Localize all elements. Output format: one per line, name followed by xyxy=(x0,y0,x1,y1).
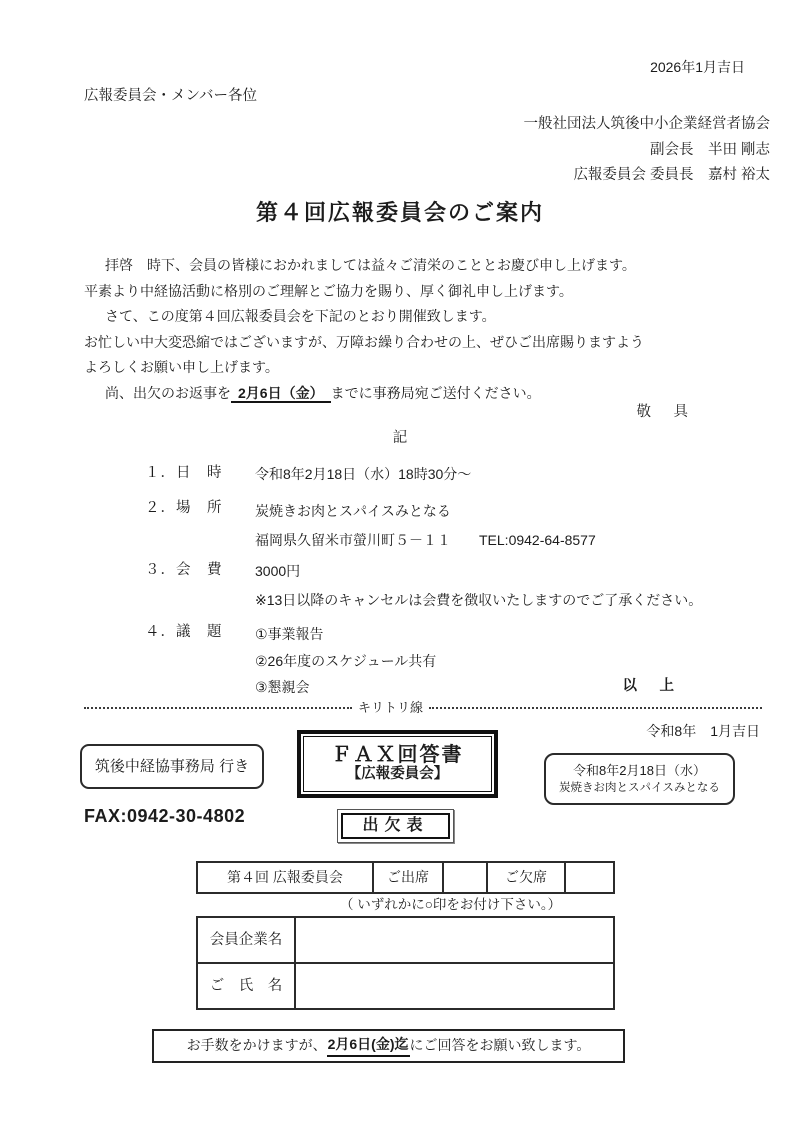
event-place: 炭焼きお肉とスパイスみとなる xyxy=(559,781,720,796)
deadline-prefix: 尚、出欠のお返事を xyxy=(105,385,231,401)
item3-cancel-note: ※13日以降のキャンセルは会費を徴収いたしますのでご了承ください。 xyxy=(255,591,702,611)
item3-fee: 3000円 xyxy=(255,562,300,582)
attend-label-cell: ご出席 xyxy=(373,862,443,893)
circle-instruction-caption: （ いずれかに○印をお付け下さい。） xyxy=(340,896,561,915)
attendance-row: 第４回 広報委員会 ご出席 ご欠席 xyxy=(197,862,614,893)
note-prefix: お手数をかけますが、 xyxy=(187,1036,327,1056)
agenda-1: ①事業報告 xyxy=(255,625,324,645)
body-line: 拝啓 時下、会員の皆様におかれましては益々ご清栄のこととお慶び申し上げます。 xyxy=(84,253,762,279)
greeting-paragraph: 拝啓 時下、会員の皆様におかれましては益々ご清栄のこととお慶び申し上げます。 平… xyxy=(84,253,762,406)
record-marker: 記 xyxy=(0,428,800,448)
end-marker: 以 上 xyxy=(623,676,679,696)
fax-addressee-label: 筑後中経協事務局 行き xyxy=(95,756,249,777)
fax-reply-title: ＦＡＸ回答書 xyxy=(332,744,464,766)
item1-label: １．日 時 xyxy=(145,463,223,483)
event-date: 令和8年2月18日（水） xyxy=(573,762,706,780)
item1-datetime: 令和8年2月18日（水）18時30分～ xyxy=(255,465,471,485)
body-line: お忙しい中大変恐縮ではございますが、万障お繰り合わせの上、ぜひご出席賜りますよう xyxy=(84,330,762,356)
cut-line-dash xyxy=(429,707,762,709)
agenda-2: ②26年度のスケジュール共有 xyxy=(255,652,436,672)
note-suffix: にご回答をお願い致します。 xyxy=(410,1036,591,1056)
fax-reply-form-box: ＦＡＸ回答書 【広報委員会】 xyxy=(297,730,498,798)
issue-date: 2026年1月吉日 xyxy=(650,58,745,78)
cut-line-label: キリトリ線 xyxy=(352,699,429,717)
body-line: 平素より中経協活動に格別のご理解とご協力を賜り、厚く御礼申し上げます。 xyxy=(84,279,762,305)
fax-section-date: 令和8年 1月吉日 xyxy=(646,722,760,742)
absent-mark-cell xyxy=(565,862,614,893)
company-name-label-cell: 会員企業名 xyxy=(197,917,295,963)
absent-label-cell: ご欠席 xyxy=(487,862,565,893)
document-title: 第４回広報委員会のご案内 xyxy=(0,198,800,229)
item2-address: 福岡県久留米市螢川町５－１１ TEL:0942-64-8577 xyxy=(255,531,596,551)
item3-label: ３．会 費 xyxy=(145,560,223,580)
meeting-name-cell: 第４回 広報委員会 xyxy=(197,862,373,893)
person-name-value-cell xyxy=(295,963,614,1009)
reply-deadline: 2月6日（金） xyxy=(231,385,331,403)
attendance-sheet-title-box: 出欠表 xyxy=(337,809,454,843)
sender-committee-chair: 広報委員会 委員長 嘉村 裕太 xyxy=(573,165,770,185)
attendance-sheet-title: 出欠表 xyxy=(341,813,450,839)
cut-line-dash xyxy=(84,707,352,709)
body-line: よろしくお願い申し上げます。 xyxy=(84,355,762,381)
addressee: 広報委員会・メンバー各位 xyxy=(84,86,257,106)
document-page: 2026年1月吉日 広報委員会・メンバー各位 一般社団法人筑後中小企業経営者協会… xyxy=(0,0,800,1132)
item2-venue: 炭焼きお肉とスパイスみとなる xyxy=(255,502,451,522)
person-name-label-cell: ご 氏 名 xyxy=(197,963,295,1009)
attendance-table: 第４回 広報委員会 ご出席 ご欠席 xyxy=(196,861,615,894)
closing-word: 敬 具 xyxy=(637,402,693,422)
item4-label: ４．議 題 xyxy=(145,622,223,642)
agenda-3: ③懇親会 xyxy=(255,678,310,698)
attend-mark-cell xyxy=(443,862,487,893)
cut-line: キリトリ線 xyxy=(84,699,762,717)
body-line: さて、この度第４回広報委員会を下記のとおり開催致します。 xyxy=(84,304,762,330)
fax-addressee-box: 筑後中経協事務局 行き xyxy=(80,744,264,789)
item2-label: ２．場 所 xyxy=(145,498,223,518)
reply-request-note-box: お手数をかけますが、2月6日(金)迄にご回答をお願い致します。 xyxy=(152,1029,625,1063)
note-deadline: 2月6日(金)迄 xyxy=(327,1035,410,1057)
company-row: 会員企業名 xyxy=(197,917,614,963)
fax-number: FAX:0942-30-4802 xyxy=(84,804,245,829)
fax-reply-form-inner: ＦＡＸ回答書 【広報委員会】 xyxy=(303,736,492,792)
fax-reply-subtitle: 【広報委員会】 xyxy=(347,766,449,783)
company-name-value-cell xyxy=(295,917,614,963)
respondent-info-table: 会員企業名 ご 氏 名 xyxy=(196,916,615,1010)
name-row: ご 氏 名 xyxy=(197,963,614,1009)
sender-vice-chair: 副会長 半田 剛志 xyxy=(650,140,770,160)
deadline-suffix: までに事務局宛ご送付ください。 xyxy=(331,385,541,401)
event-info-box: 令和8年2月18日（水） 炭焼きお肉とスパイスみとなる xyxy=(544,753,735,805)
sender-organization: 一般社団法人筑後中小企業経営者協会 xyxy=(524,114,771,134)
